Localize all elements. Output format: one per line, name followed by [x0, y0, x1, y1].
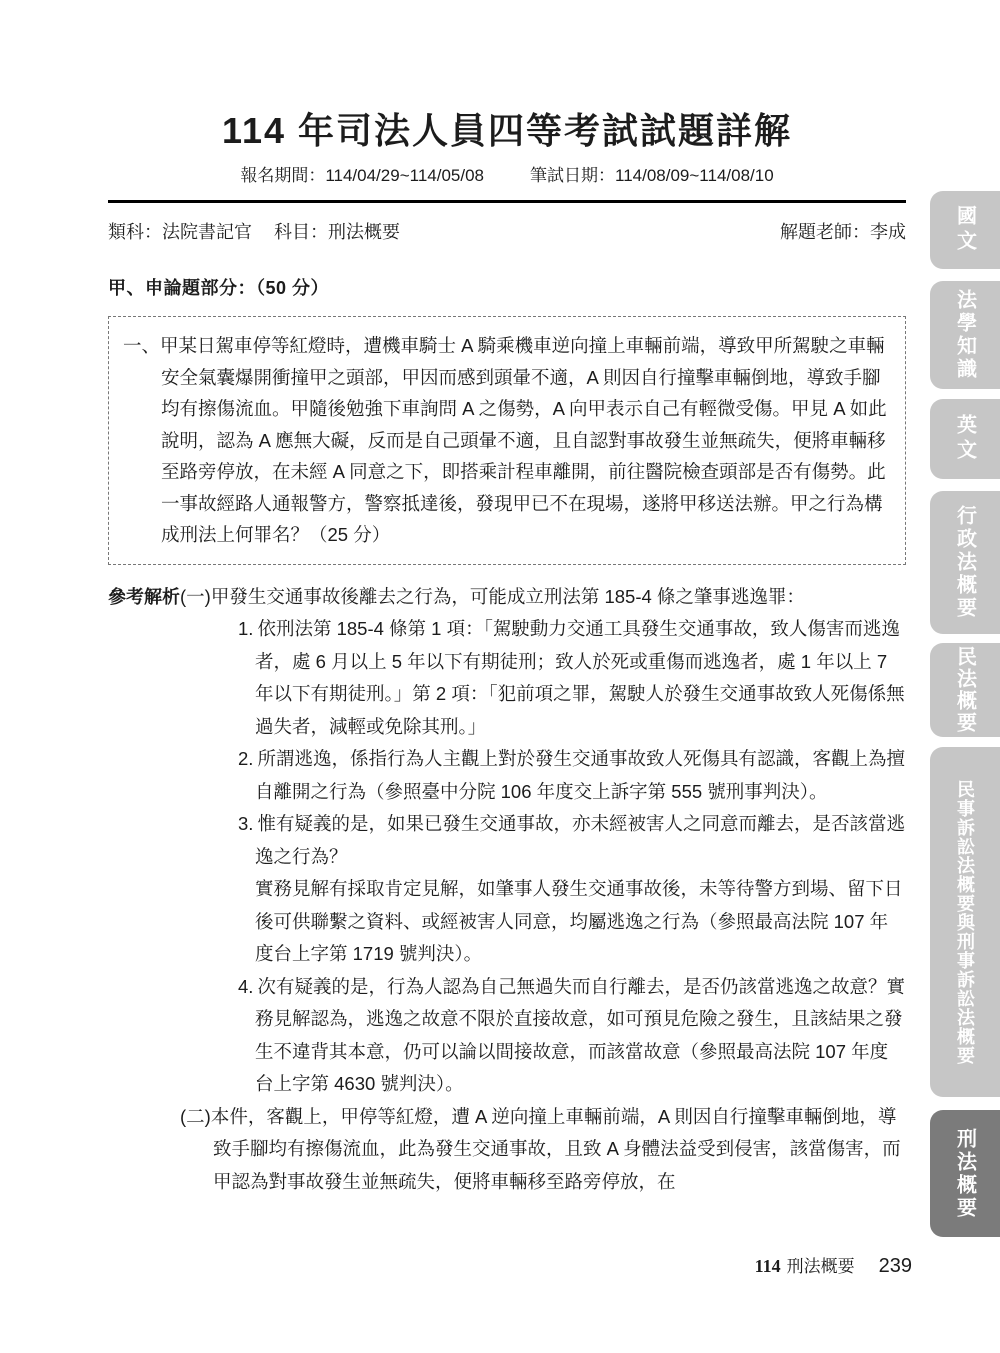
question-box: 一、甲某日駕車停等紅燈時，遭機車騎士 A 騎乘機車逆向撞上車輛前端，導致甲所駕駛… — [108, 316, 906, 565]
item-number: 2. — [238, 748, 253, 769]
analysis-item: 4.次有疑義的是，行為人認為自己無過失而自行離去，是否仍該當逃逸之故意？實務見解… — [238, 971, 906, 1101]
part1-intro-text: 甲發生交通事故後離去之行為，可能成立刑法第 185-4 條之肇事逃逸罪： — [211, 586, 805, 607]
item-text: 所謂逃逸，係指行為人主觀上對於發生交通事故致人死傷具有認識，客觀上為擅自離開之行… — [255, 748, 905, 802]
question-text: 甲某日駕車停等紅燈時，遭機車騎士 A 騎乘機車逆向撞上車輛前端，導致甲所駕駛之車… — [160, 335, 887, 545]
book-page: { "header": { "title": "114 年司法人員四等考試試題詳… — [0, 0, 1000, 1353]
tab-chinese[interactable]: 國文 — [930, 191, 1000, 269]
analysis-items: 1.依刑法第 185-4 條第 1 項：「駕駛動力交通工具發生交通事故，致人傷害… — [238, 613, 906, 1101]
tab-legal-knowledge[interactable]: 法學知識 — [930, 281, 1000, 389]
item-text: 惟有疑義的是，如果已發生交通事故，亦未經被害人之同意而離去，是否該當逃逸之行為？ — [255, 813, 905, 867]
analysis-section: 參考解析 (一)甲發生交通事故後離去之行為，可能成立刑法第 185-4 條之肇事… — [108, 581, 906, 1199]
analysis-item: 1.依刑法第 185-4 條第 1 項：「駕駛動力交通工具發生交通事故，致人傷害… — [238, 613, 906, 743]
part2-marker: (二) — [180, 1106, 211, 1127]
meta-left: 類科：法院書記官科目：刑法概要 — [108, 218, 422, 244]
section-heading: 甲、申論題部分：（50 分） — [108, 274, 906, 300]
item-number: 3. — [238, 813, 253, 834]
tab-criminal-law[interactable]: 刑法概要 — [930, 1110, 1000, 1237]
part1-marker: (一) — [180, 586, 211, 607]
item-number: 1. — [238, 618, 253, 639]
footer-page-number: 239 — [879, 1255, 912, 1278]
tab-civil-and-criminal-procedure[interactable]: 民事訴訟法概要與刑事訴訟法概要 — [930, 747, 1000, 1097]
analysis-item: 3.惟有疑義的是，如果已發生交通事故，亦未經被害人之同意而離去，是否該當逃逸之行… — [238, 808, 906, 873]
exam-date: 筆試日期：114/08/09~114/08/10 — [530, 161, 774, 186]
page-title: 114 年司法人員四等考試試題詳解 — [108, 110, 906, 151]
item-text: 次有疑義的是，行為人認為自己無過失而自行離去，是否仍該當逃逸之故意？實務見解認為… — [255, 976, 905, 1095]
meta-row: 類科：法院書記官科目：刑法概要 解題老師：李成 — [108, 218, 906, 244]
meta-category: 類科：法院書記官 — [108, 222, 252, 242]
item-number: 4. — [238, 976, 253, 997]
part2-text: 本件，客觀上，甲停等紅燈，遭 A 逆向撞上車輛前端，A 則因自行撞擊車輛倒地，導… — [211, 1106, 901, 1192]
question-number: 一、 — [123, 335, 160, 356]
analysis-part1-intro: (一)甲發生交通事故後離去之行為，可能成立刑法第 185-4 條之肇事逃逸罪： — [180, 581, 906, 614]
tab-english[interactable]: 英文 — [930, 399, 1000, 479]
analysis-item-continuation: 實務見解有採取肯定見解，如肇事人發生交通事故後，未等待警方到場、留下日後可供聯繫… — [238, 873, 906, 971]
exam-dates-row: 報名期間：114/04/29~114/05/08 筆試日期：114/08/09~… — [108, 161, 906, 203]
main-content: 114 年司法人員四等考試試題詳解 報名期間：114/04/29~114/05/… — [108, 0, 906, 1198]
meta-subject: 科目：刑法概要 — [274, 222, 400, 242]
question-paragraph: 一、甲某日駕車停等紅燈時，遭機車騎士 A 騎乘機車逆向撞上車輛前端，導致甲所駕駛… — [123, 330, 891, 551]
analysis-part2: (二)本件，客觀上，甲停等紅燈，遭 A 逆向撞上車輛前端，A 則因自行撞擊車輛倒… — [180, 1101, 906, 1199]
footer-year: 114 — [755, 1256, 781, 1277]
analysis-body: (一)甲發生交通事故後離去之行為，可能成立刑法第 185-4 條之肇事逃逸罪： … — [180, 581, 906, 1199]
footer-subject: 刑法概要 — [787, 1252, 855, 1277]
analysis-item: 2.所謂逃逸，係指行為人主觀上對於發生交通事故致人死傷具有認識，客觀上為擅自離開… — [238, 743, 906, 808]
tab-civil-law[interactable]: 民法概要 — [930, 643, 1000, 737]
analysis-label: 參考解析 — [108, 581, 180, 1199]
meta-teacher: 解題老師：李成 — [780, 218, 906, 244]
item-text: 依刑法第 185-4 條第 1 項：「駕駛動力交通工具發生交通事故，致人傷害而逃… — [255, 618, 905, 737]
page-footer: 114 刑法概要 239 — [755, 1252, 912, 1278]
tab-administrative-law[interactable]: 行政法概要 — [930, 491, 1000, 634]
registration-period: 報名期間：114/04/29~114/05/08 — [240, 161, 484, 186]
